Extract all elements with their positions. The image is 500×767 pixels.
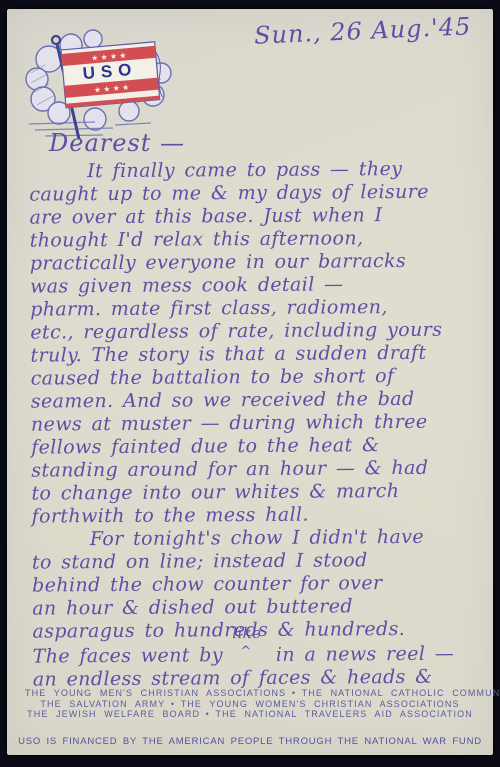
page-background: { "letterhead": { "logo": { "flag_text":… [0,0,500,767]
letter-date: Sun., 26 Aug.'45 [253,12,471,49]
handwritten-line: standing around for an hour — & had [31,456,481,482]
letter-body: It finally came to pass — theycaught up … [29,157,483,691]
handwritten-line: truly. The story is that a sudden draft [30,341,480,367]
handwritten-line: pharm. mate first class, radiomen, [30,295,480,321]
handwritten-line: etc., regardless of rate, including your… [30,318,480,344]
handwritten-line: an hour & dished out buttered [32,594,482,620]
handwritten-line: to change into our whites & march [31,479,481,505]
footer-org-line: THE JEWISH WELFARE BOARD • THE NATIONAL … [25,709,475,720]
handwritten-line: behind the chow counter for over [32,571,482,597]
inserted-word: like^ [232,642,266,661]
footer-tagline: USO IS FINANCED BY THE AMERICAN PEOPLE T… [7,736,493,747]
handwritten-line: are over at this base. Just when I [29,203,479,229]
handwritten-line: was given mess cook detail — [30,272,480,298]
handwritten-line: practically everyone in our barracks [30,249,480,275]
handwritten-line: The faces went by like^ in a news reel — [33,640,483,668]
footer-org-line: THE SALVATION ARMY • THE YOUNG WOMEN'S C… [25,699,475,710]
handwritten-line: seamen. And so we received the bad [31,387,481,413]
handwritten-line: fellows fainted due to the heat & [31,433,481,459]
letter-paper: ★ ★ ★ ★ ★ ★ ★ ★ USO Sun., 26 Aug.'45 Dea… [7,9,493,755]
handwritten-line: forthwith to the mess hall. [32,502,482,528]
handwritten-line: news at muster — during which three [31,410,481,436]
footer-org-line: THE YOUNG MEN'S CHRISTIAN ASSOCIATIONS •… [25,688,475,699]
handwritten-line: For tonight's chow I didn't have [32,525,482,551]
handwritten-line: caught up to me & my days of leisure [29,180,479,206]
handwritten-line: thought I'd relax this afternoon, [30,226,480,252]
footer-organizations: THE YOUNG MEN'S CHRISTIAN ASSOCIATIONS •… [25,688,475,720]
handwritten-line: to stand on line; instead I stood [32,548,482,574]
handwritten-line: caused the battalion to be short of [31,364,481,390]
handwritten-line: It finally came to pass — they [29,157,479,183]
letter-greeting: Dearest — [49,129,185,157]
uso-flag-logo: ★ ★ ★ ★ ★ ★ ★ ★ USO [25,27,181,143]
